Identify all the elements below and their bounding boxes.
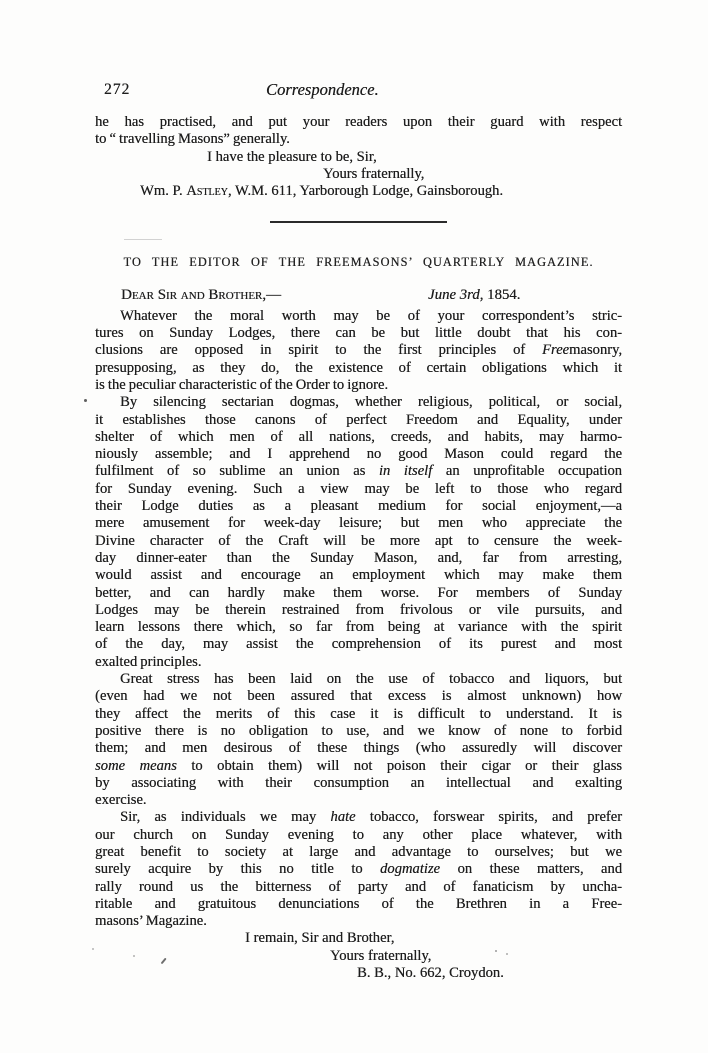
editor-heading: TO THE EDITOR OF THE FREEMASONS’ QUARTER… xyxy=(95,254,622,271)
text-line: our church on Sunday evening to any othe… xyxy=(95,827,622,844)
text-line: ritable and gratuitous denunciations of … xyxy=(95,896,622,913)
text-line: mere amusement for week-day leisure; but… xyxy=(95,515,622,532)
salutation-row: Dear Sir and Brother,— June 3rd, 1854. xyxy=(95,287,622,305)
letter-paragraph: By silencing sectarian dogmas, whether r… xyxy=(95,394,622,671)
text-line: positive there is no obligation to use, … xyxy=(95,723,622,740)
previous-letter-body: he has practised, and put your readers u… xyxy=(95,114,622,149)
text-line: exercise. xyxy=(95,792,622,809)
scan-artifact xyxy=(495,950,497,952)
document-page: 272 Correspondence. he has practised, an… xyxy=(0,0,708,1053)
text-line: (even had we not been assured that exces… xyxy=(95,688,622,705)
fraternally-line: Yours fraternally, xyxy=(323,166,622,183)
closing-line-remain: I remain, Sir and Brother, xyxy=(245,930,622,947)
text-line: them; and men desirous of these things (… xyxy=(95,740,622,757)
text-line: exalted principles. xyxy=(95,654,622,671)
section-divider xyxy=(270,221,447,223)
text-line: some means to obtain them) will not pois… xyxy=(95,758,622,775)
text-line: surely acquire by this no title to dogma… xyxy=(95,861,622,878)
text-line: their Lodge duties as a pleasant medium … xyxy=(95,498,622,515)
text-line: shelter of which men of all nations, cre… xyxy=(95,429,622,446)
text-line: of the day, may assist the comprehension… xyxy=(95,636,622,653)
text-line: Whatever the moral worth may be of your … xyxy=(95,308,622,325)
salutation: Dear Sir and Brother,— xyxy=(121,287,281,303)
text-line: great benefit to society at large and ad… xyxy=(95,844,622,861)
text-block: he has practised, and put your readers u… xyxy=(95,0,622,982)
scan-artifact xyxy=(124,239,162,240)
text-line: is the peculiar characteristic of the Or… xyxy=(95,377,622,394)
text-line: for Sunday evening. Such a view may be l… xyxy=(95,481,622,498)
text-line: Sir, as individuals we may hate tobacco,… xyxy=(95,809,622,826)
previous-letter-ending: he has practised, and put your readers u… xyxy=(95,114,622,200)
text-line: tures on Sunday Lodges, there can be but… xyxy=(95,325,622,342)
scan-artifact xyxy=(612,487,614,489)
letter-paragraph: Sir, as individuals we may hate tobacco,… xyxy=(95,809,622,930)
scan-artifact xyxy=(84,399,87,402)
text-line: day dinner-eater than the Sunday Mason, … xyxy=(95,550,622,567)
text-line: Lodges may be therein restrained from fr… xyxy=(95,602,622,619)
text-line: by associating with their consumption an… xyxy=(95,775,622,792)
letter-paragraph: Great stress has been laid on the use of… xyxy=(95,671,622,809)
text-line: Divine character of the Craft will be mo… xyxy=(95,533,622,550)
text-line: fulfilment of so sublime an union as in … xyxy=(95,463,622,480)
text-line: rally round us the bitterness of party a… xyxy=(95,879,622,896)
text-line: to “ travelling Masons” generally. xyxy=(95,131,622,148)
valediction-line: I have the pleasure to be, Sir, xyxy=(207,149,622,166)
letter-date: June 3rd, 1854. xyxy=(428,287,520,304)
text-line: would assist and encourage an employment… xyxy=(95,567,622,584)
text-line: clusions are opposed in spirit to the fi… xyxy=(95,342,622,359)
text-line: niously assemble; and I apprehend no goo… xyxy=(95,446,622,463)
scan-artifact xyxy=(133,955,135,957)
text-line: learn lessons there which, so far from b… xyxy=(95,619,622,636)
text-line: masons’ Magazine. xyxy=(95,913,622,930)
letter-paragraph: Whatever the moral worth may be of your … xyxy=(95,308,622,394)
text-line: it establishes those canons of perfect F… xyxy=(95,412,622,429)
previous-letter-signature: Wm. P. Astley, W.M. 611, Yarborough Lodg… xyxy=(140,183,622,200)
text-line: By silencing sectarian dogmas, whether r… xyxy=(95,394,622,411)
text-line: he has practised, and put your readers u… xyxy=(95,114,622,131)
text-line: they affect the merits of this case it i… xyxy=(95,706,622,723)
text-line: presupposing, as they do, the existence … xyxy=(95,360,622,377)
letter-to-editor: TO THE EDITOR OF THE FREEMASONS’ QUARTER… xyxy=(95,254,622,982)
scan-artifact xyxy=(506,953,508,955)
scan-artifact xyxy=(92,948,94,950)
text-line: better, and can hardly make them worse. … xyxy=(95,585,622,602)
closing-line-yours: Yours fraternally, xyxy=(330,948,622,965)
text-line: Great stress has been laid on the use of… xyxy=(95,671,622,688)
signature-line: B. B., No. 662, Croydon. xyxy=(357,965,622,982)
